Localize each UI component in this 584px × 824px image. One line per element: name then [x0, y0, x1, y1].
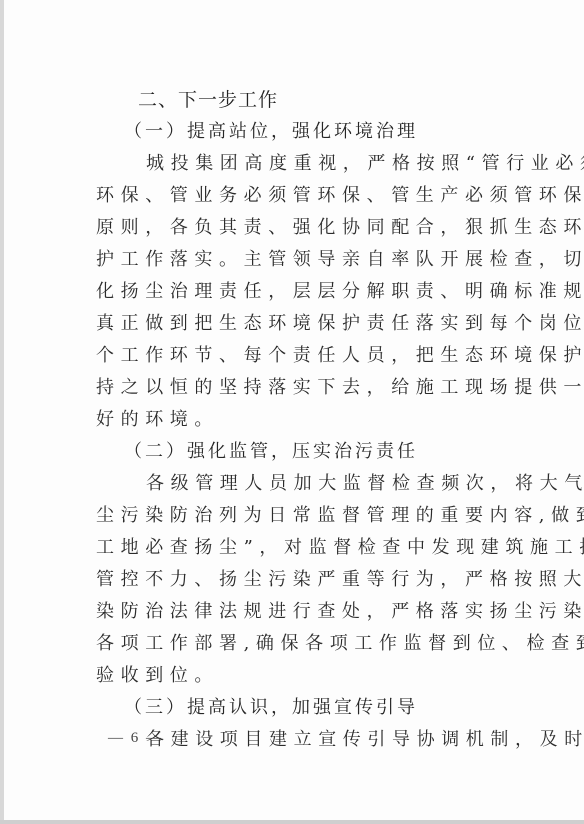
paragraph-line: 持之以恒的坚持落实下去，给施工现场提供一个良 [96, 372, 498, 404]
paragraph-line: 验收到位。 [96, 660, 498, 692]
subsection-title-3: （三）提高认识，加强宣传引导 [96, 692, 498, 724]
paragraph-line: 城投集团高度重视，严格按照“管行业必须管 [96, 148, 498, 180]
paragraph-line: 环保、管业务必须管环保、管生产必须管环保”的 [96, 180, 498, 212]
paragraph-line: 化扬尘治理责任，层层分解职责、明确标准规范， [96, 276, 498, 308]
document-page: 二、下一步工作 （一）提高站位，强化环境治理 城投集团高度重视，严格按照“管行业… [96, 84, 498, 756]
paragraph-line: 管控不力、扬尘污染严重等行为，严格按照大气污 [96, 564, 498, 596]
page-left-edge [0, 0, 4, 824]
paragraph-line: 各级管理人员加大监督检查频次，将大气和扬 [96, 468, 498, 500]
paragraph-line: 原则，各负其责、强化协同配合，狠抓生态环境保 [96, 212, 498, 244]
paragraph-line: 真正做到把生态环境保护责任落实到每个岗位、每 [96, 308, 498, 340]
paragraph-line: 护工作落实。主管领导亲自率队开展检查，切实细 [96, 244, 498, 276]
paragraph-line: 染防治法律法规进行查处，严格落实扬尘污染防治 [96, 596, 498, 628]
paragraph-line: 各项工作部署,确保各项工作监督到位、检查到位、 [96, 628, 498, 660]
page-number: — 6 — [108, 730, 163, 747]
subsection-title-1: （一）提高站位，强化环境治理 [96, 116, 498, 148]
paragraph-line: 好的环境。 [96, 404, 498, 436]
paragraph-line: 尘污染防治列为日常监督管理的重要内容,做到“查 [96, 500, 498, 532]
subsection-title-2: （二）强化监管，压实治污责任 [96, 436, 498, 468]
paragraph-line: 工地必查扬尘”，对监督检查中发现建筑施工扬尘 [96, 532, 498, 564]
page-bottom-edge [0, 820, 584, 824]
paragraph-line: 个工作环节、每个责任人员，把生态环境保护工作 [96, 340, 498, 372]
section-heading: 二、下一步工作 [96, 84, 498, 116]
